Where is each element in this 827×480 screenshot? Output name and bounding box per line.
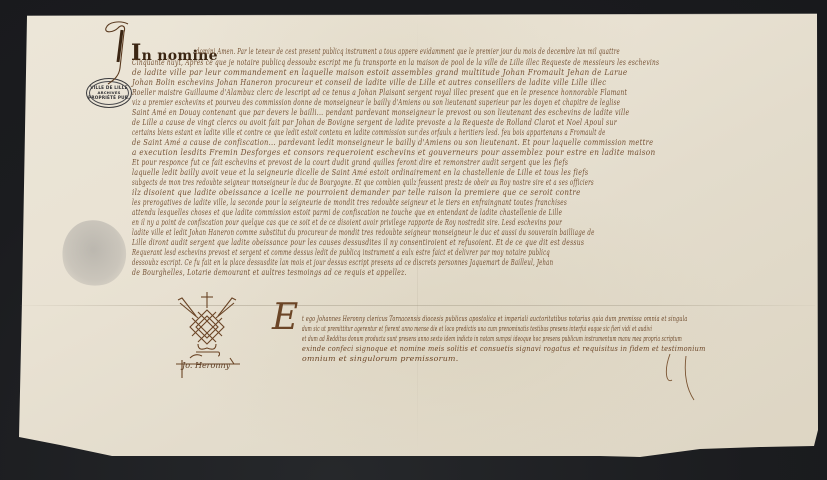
subscription-line: exinde confeci signoque et nomine meis s… xyxy=(302,344,706,353)
body-line: dessoubz escript. Ce fu fait en la place… xyxy=(132,258,553,268)
body-line: Requerant lesd eschevins prevost et serg… xyxy=(132,248,550,258)
body-line: laquelle ledit bailly avoit veue et la s… xyxy=(132,168,588,178)
subscription-flourish-icon xyxy=(660,350,740,410)
body-line: de Lille a cause de vingt clercs ou avoi… xyxy=(132,118,617,128)
body-line: Saint Amé en Douay contenant que par dev… xyxy=(132,108,629,118)
body-line: attendu lesquelles choses et que ladite … xyxy=(132,208,562,218)
body-line: de Bourghelles, Lotarie demourant et aul… xyxy=(132,268,407,278)
body-line: domini Amen. Par le teneur de cest prese… xyxy=(196,47,620,57)
subscription-line: et dum ad Redditus donum producta sunt p… xyxy=(302,334,682,343)
body-line: de Saint Amé a cause de confiscation... … xyxy=(132,138,653,148)
body-line: Lille diront audit sergent que ladite ob… xyxy=(132,238,584,248)
body-line: viz a premier eschevins et pourveu des c… xyxy=(132,98,620,108)
viewer-stage: VILLE DE LILLE ARCHIVES PROPRIÉTÉ PUB. I… xyxy=(0,0,827,480)
body-line: a execution lesdits Fremin Desforges et … xyxy=(132,148,655,158)
body-line: subgects de mon tres redoubte seigneur m… xyxy=(132,178,594,188)
notary-signature-name: Jo. Heronny xyxy=(182,361,230,370)
subscription-initial: E xyxy=(272,300,298,336)
body-line: ilz disoient que ladite obeissance a ice… xyxy=(132,188,581,198)
subscription-line: dum sic ut premittitur agerentur et fier… xyxy=(302,324,652,333)
subscription-line: omnium et singulorum premissorum. xyxy=(302,354,459,363)
body-line: Johan Bolin eschevins Johan Haneron proc… xyxy=(132,78,606,88)
body-line: en il ny a point de confiscation pour qu… xyxy=(132,218,562,228)
body-line: Cinquante huyt, Apres ce que je notaire … xyxy=(132,58,659,68)
body-line: certains biens estant en ladite ville et… xyxy=(132,128,605,138)
body-line: ladite ville et ledit Johan Haneron comm… xyxy=(132,228,595,238)
body-line: les prerogatives de ladite ville, la sec… xyxy=(132,198,567,208)
body-line: Roeller maistre Guillaume d'Alambuz cler… xyxy=(132,88,627,98)
body-line: de ladite ville par leur commandement en… xyxy=(132,68,628,78)
subscription-line: t ego Johannes Heronny clericus Tornacen… xyxy=(302,314,687,323)
body-line: Et pour responce fut ce fait eschevins e… xyxy=(132,158,568,168)
